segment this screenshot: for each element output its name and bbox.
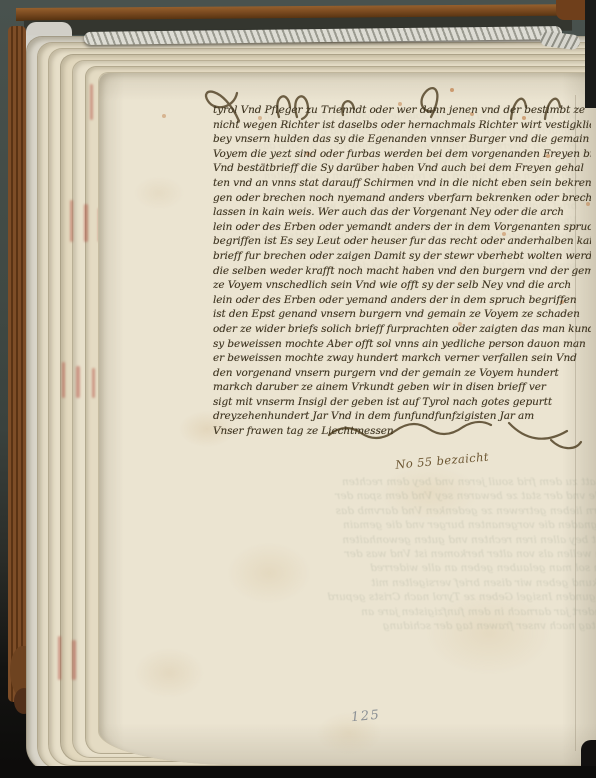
manuscript-text-line: sy beweissen mochte Aber offt sol vnns a…: [213, 337, 591, 352]
ghost-text-line: beliben lassen wellen als von alter herk…: [145, 547, 596, 561]
fore-edge-red-tint: [70, 200, 73, 242]
ghost-text-line: der selben stat bey allen iren rechten v…: [145, 533, 596, 547]
manuscript-text-line: begriffen ist Es sey Leut oder heuser fu…: [213, 234, 591, 249]
manuscript-text-line: markch daruber ze ainem Vrkundt geben wi…: [213, 380, 591, 395]
manuscript-text-line: Vnd bestätbrieff die Sy darüber haben Vn…: [213, 161, 591, 176]
ghost-text-line: hundert wierde vnd der stat ze bewaren s…: [145, 489, 596, 503]
fore-edge-red-tint: [62, 362, 65, 398]
ghost-text-line: vnserm anhangunden Insigel Geben ze Tyro…: [145, 590, 596, 604]
manuscript-page: vnd Vnnser Statt zu dem frid souil jeren…: [98, 72, 596, 765]
manuscript-text-line: er beweissen mochte zway hundert markch …: [213, 351, 591, 366]
fore-edge-red-tint: [84, 204, 88, 242]
manuscript-text-line: brieff fur brechen oder zaigen Damit sy …: [213, 249, 591, 264]
manuscript-text-line: nicht wegen Richter ist daselbs oder her…: [213, 118, 591, 133]
ghost-text-line: ersamen vnsern lieben getrewen ze gedenk…: [145, 504, 596, 518]
fore-edge-red-tint: [92, 368, 95, 398]
manuscript-text-line: den vorgenand vnsern purgern vnd der gem…: [213, 366, 591, 381]
fore-edge-red-tint: [90, 84, 93, 120]
manuscript-text-line: Voyem die yezt sind oder furbas werden b…: [213, 147, 591, 162]
fore-edge-red-tint: [72, 640, 76, 680]
manuscript-text-line: sigt mit vnserm Insigl der geben ist auf…: [213, 395, 591, 410]
manuscript-text-line: ist den Epst genand vnsern burgern vnd g…: [213, 307, 591, 322]
manuscript-text-line: tyrol Vnd Pfleger zu Trienndt oder wer d…: [213, 103, 591, 118]
manuscript-text-line: lein oder des Erben oder yemandt anders …: [213, 220, 591, 235]
manuscript-text-line: bey vnsern hulden das sy die Egenanden v…: [213, 132, 591, 147]
ghost-text-line: vnd Vnnser Statt zu dem frid souil jeren…: [145, 475, 596, 489]
rust-specks: [99, 73, 101, 75]
manuscript-text-line: lassen in kain weis. Wer auch das der Vo…: [213, 205, 591, 220]
fore-edge-red-tint: [58, 636, 61, 680]
photo-edge-bottom: [0, 766, 596, 778]
verso-show-through-lower: vnd Vnnser Statt zu dem frid souil jeren…: [145, 475, 596, 633]
ghost-text-line: wir in vnsern gnaden die vorgenanten bur…: [145, 518, 596, 532]
manuscript-text-line: lein oder des Erben oder yemand anders d…: [213, 293, 591, 308]
manuscript-text-line: ten vnd an vnns stat darauff Schirmen vn…: [213, 176, 591, 191]
manuscript-text-block: tyrol Vnd Pfleger zu Trienndt oder wer d…: [213, 103, 591, 443]
manuscript-text-line: die selben weder krafft noch macht haben…: [213, 264, 591, 279]
manuscript-scan: vnd Vnnser Statt zu dem frid souil jeren…: [0, 0, 596, 778]
manuscript-text-line: oder ze wider briefs solich brieff furpr…: [213, 322, 591, 337]
manuscript-text-line: gen oder brechen noch nyemand anders vbe…: [213, 191, 591, 206]
ghost-text-line: Vnd des zu vrkund geben wir disen brief …: [145, 576, 596, 590]
manuscript-text-line: ze Voyem vnschedlich sein Vnd wie offt s…: [213, 278, 591, 293]
folio-number: 125: [350, 708, 381, 725]
photo-edge-right-top: [585, 0, 596, 108]
fore-edge-red-tint: [76, 366, 80, 398]
book-spine-leather: [8, 26, 26, 702]
ghost-text-line: dreuzehenhundert jar darnach in dem funf…: [145, 605, 596, 619]
ghost-text-line: brief sagt dem sol man gelauben geben an…: [145, 561, 596, 575]
ghost-text-line: sand Vlreichs tag nach vnser frawen tag …: [145, 619, 596, 633]
